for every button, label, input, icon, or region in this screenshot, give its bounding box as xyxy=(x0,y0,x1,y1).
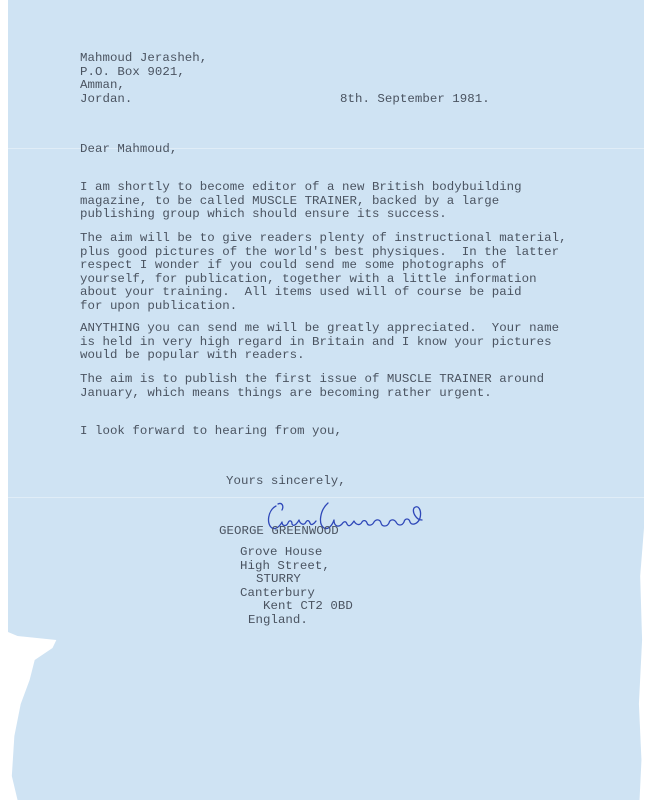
paragraph-line: January, which means things are becoming… xyxy=(80,387,544,401)
paragraph-line: The aim is to publish the first issue of… xyxy=(80,373,544,387)
sender-name: GEORGE GREENWOOD xyxy=(219,525,339,539)
sender-address-line: Canterbury xyxy=(240,587,353,601)
recipient-address: Mahmoud Jerasheh,P.O. Box 9021,Amman,Jor… xyxy=(80,52,207,106)
paragraph-line: I look forward to hearing from you, xyxy=(80,425,342,439)
sender-address-line: Grove House xyxy=(240,546,353,560)
sender-address-line: High Street, xyxy=(240,560,353,574)
sender-address-line: England. xyxy=(240,614,353,628)
paragraph-line: yourself, for publication, together with… xyxy=(80,273,567,287)
paragraph-line: is held in very high regard in Britain a… xyxy=(80,336,559,350)
paragraph-line: ANYTHING you can send me will be greatly… xyxy=(80,322,559,336)
paragraph-request: ANYTHING you can send me will be greatly… xyxy=(80,322,559,363)
paragraph-line: respect I wonder if you could send me so… xyxy=(80,259,567,273)
paragraph-intro: I am shortly to become editor of a new B… xyxy=(80,181,522,222)
recipient-country: Jordan. xyxy=(80,93,207,107)
paragraph-line: I am shortly to become editor of a new B… xyxy=(80,181,522,195)
letter-date: 8th. September 1981. xyxy=(340,93,490,107)
paper-crease xyxy=(8,497,644,498)
paragraph-line: publishing group which should ensure its… xyxy=(80,208,522,222)
paragraph-aim: The aim will be to give readers plenty o… xyxy=(80,232,567,314)
sender-address-line: STURRY xyxy=(240,573,353,587)
recipient-po-box: P.O. Box 9021, xyxy=(80,66,207,80)
paragraph-line: The aim will be to give readers plenty o… xyxy=(80,232,567,246)
paragraph-line: plus good pictures of the world's best p… xyxy=(80,246,567,260)
salutation: Dear Mahmoud, xyxy=(80,143,177,157)
paragraph-line: about your training. All items used will… xyxy=(80,286,567,300)
sender-address: Grove HouseHigh Street,STURRYCanterburyK… xyxy=(240,546,353,628)
recipient-name: Mahmoud Jerasheh, xyxy=(80,52,207,66)
paragraph-line: magazine, to be called MUSCLE TRAINER, b… xyxy=(80,195,522,209)
paragraph-line: for upon publication. xyxy=(80,300,567,314)
sender-address-line: Kent CT2 0BD xyxy=(240,600,353,614)
paragraph-closing-line: I look forward to hearing from you, xyxy=(80,425,342,439)
paragraph-schedule: The aim is to publish the first issue of… xyxy=(80,373,544,400)
scanned-letter-page: Mahmoud Jerasheh,P.O. Box 9021,Amman,Jor… xyxy=(0,0,650,800)
complimentary-close: Yours sincerely, xyxy=(226,475,346,489)
paragraph-line: would be popular with readers. xyxy=(80,349,559,363)
recipient-city: Amman, xyxy=(80,79,207,93)
